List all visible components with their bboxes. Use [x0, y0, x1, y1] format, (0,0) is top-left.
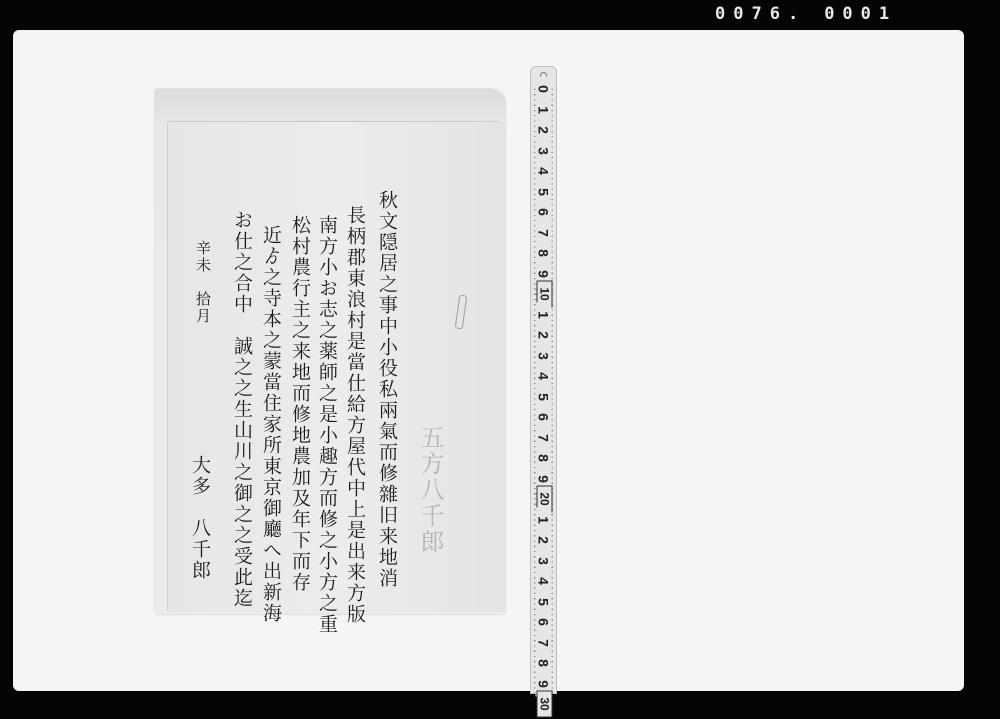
microfilm-frame-number: 0076.0001 [715, 4, 897, 24]
bleed-through-stamp: 五方八千郎 [418, 425, 442, 555]
frame-id-frame: 0001 [824, 4, 897, 24]
text-column: 辛未 拾月 [195, 240, 210, 325]
text-column: 秋文隠居之事中小役私兩氣而修雜旧来地消 [377, 190, 396, 589]
measuring-ruler: 0123456789101234567892012345678930 [530, 66, 557, 694]
text-column: 松村農行主之来地而修地農加及年下而存 [290, 215, 309, 593]
ruler-label: 30 [537, 691, 553, 718]
text-column: 南方小お志之薬師之是小趣方而修之小方之重 [317, 215, 336, 635]
text-column: 長柄郡東浪村是當仕給方屋代中上是出来方版 [345, 205, 364, 625]
frame-id-reel: 0076. [715, 4, 806, 24]
text-column: 近ゟ之寺本之蒙當住家所東京御廳へ出新海 [261, 225, 280, 624]
text-column: 大多 八千郎 [190, 455, 209, 581]
text-column: お仕之合中 誠之之生山川之御之之受此迄 [232, 210, 251, 609]
